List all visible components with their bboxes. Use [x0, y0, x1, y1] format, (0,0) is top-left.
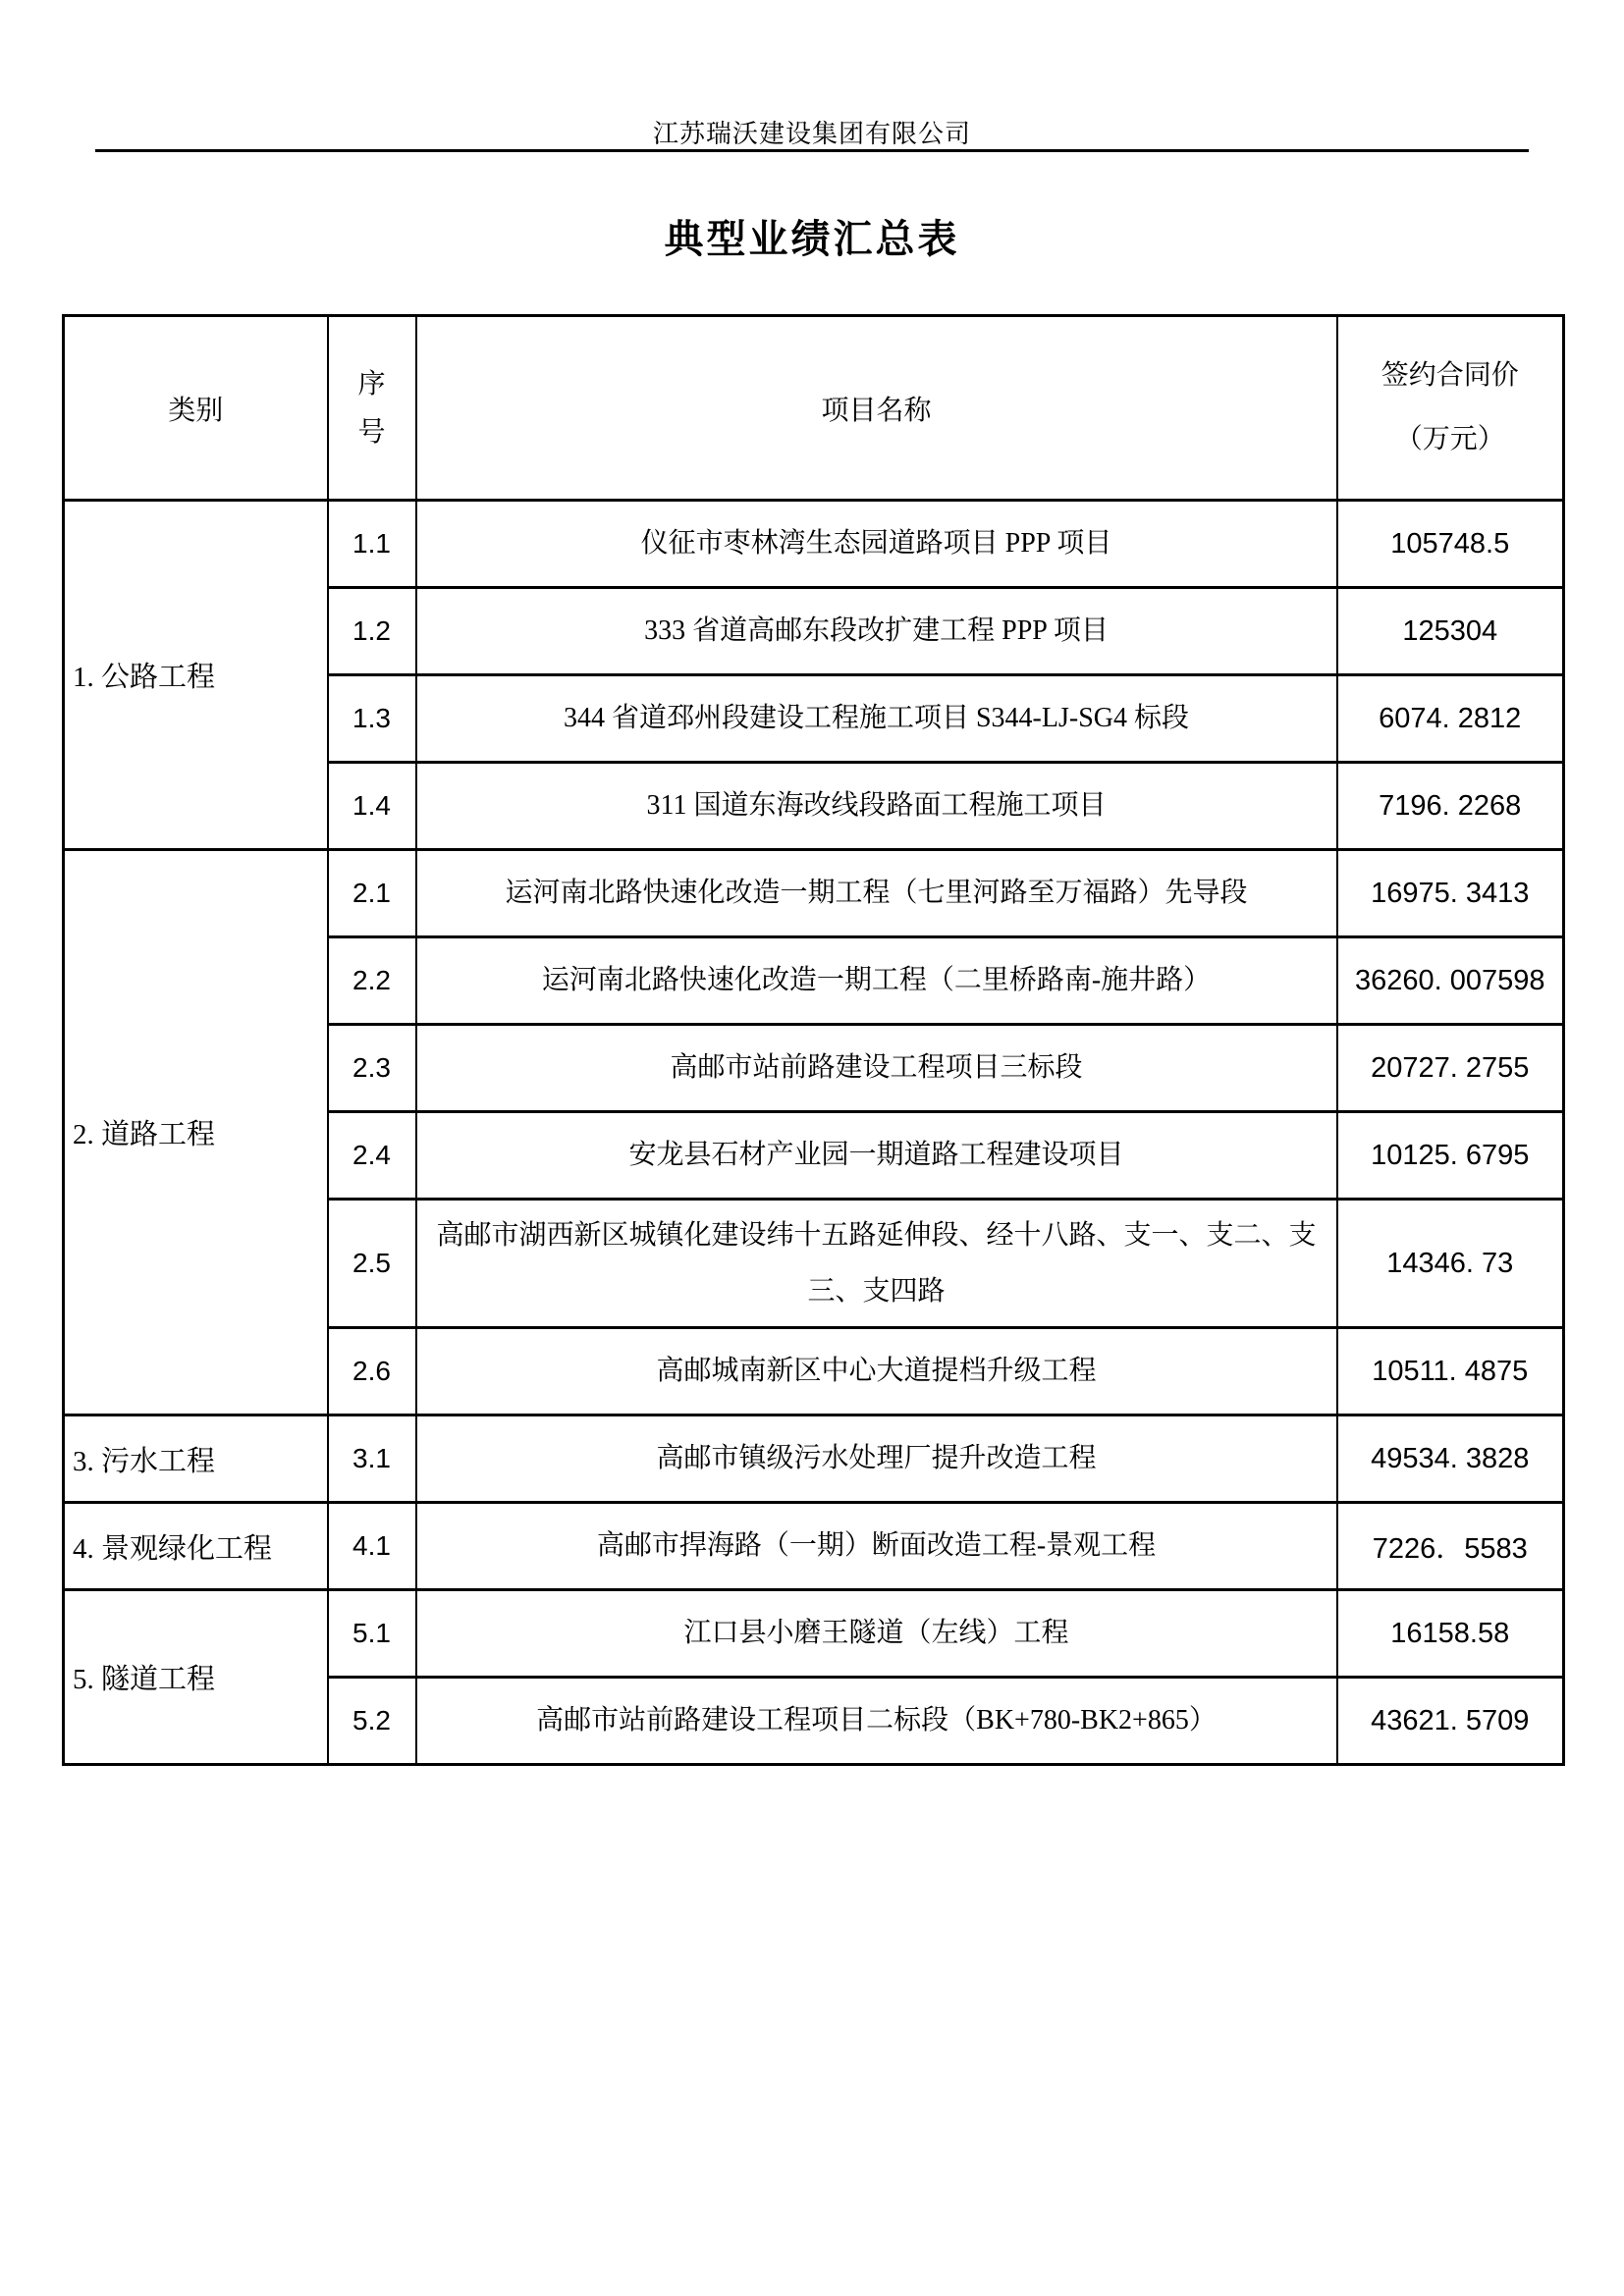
header-serial: 序号 — [328, 316, 416, 501]
project-cell: 仪征市枣林湾生态园道路项目 PPP 项目 — [416, 501, 1337, 588]
performance-table: 类别 序号 项目名称 签约合同价 （万元） 1. 公路工程 1.1 仪征市枣林湾… — [62, 314, 1565, 1766]
header-price-line2: （万元） — [1339, 408, 1562, 471]
table-header-row: 类别 序号 项目名称 签约合同价 （万元） — [64, 316, 1564, 501]
category-cell: 1. 公路工程 — [64, 501, 328, 850]
price-cell: 125304 — [1337, 588, 1564, 675]
header-divider — [95, 149, 1529, 152]
price-cell: 6074. 2812 — [1337, 675, 1564, 763]
serial-cell: 5.2 — [328, 1678, 416, 1765]
serial-cell: 2.6 — [328, 1328, 416, 1415]
table-row: 4. 景观绿化工程 4.1 高邮市捍海路（一期）断面改造工程-景观工程 7226… — [64, 1503, 1564, 1590]
project-cell: 运河南北路快速化改造一期工程（二里桥路南-施井路） — [416, 937, 1337, 1025]
serial-cell: 1.1 — [328, 501, 416, 588]
price-cell: 36260. 007598 — [1337, 937, 1564, 1025]
serial-cell: 3.1 — [328, 1415, 416, 1503]
table-row: 2. 道路工程 2.1 运河南北路快速化改造一期工程（七里河路至万福路）先导段 … — [64, 850, 1564, 937]
price-cell: 10511. 4875 — [1337, 1328, 1564, 1415]
price-cell: 105748.5 — [1337, 501, 1564, 588]
header-project: 项目名称 — [416, 316, 1337, 501]
project-cell: 高邮城南新区中心大道提档升级工程 — [416, 1328, 1337, 1415]
serial-cell: 2.1 — [328, 850, 416, 937]
category-cell: 2. 道路工程 — [64, 850, 328, 1415]
project-cell: 高邮市站前路建设工程项目三标段 — [416, 1025, 1337, 1112]
price-cell: 16158.58 — [1337, 1590, 1564, 1678]
header-category: 类别 — [64, 316, 328, 501]
project-cell: 333 省道高邮东段改扩建工程 PPP 项目 — [416, 588, 1337, 675]
project-cell: 江口县小磨王隧道（左线）工程 — [416, 1590, 1337, 1678]
table-row: 3. 污水工程 3.1 高邮市镇级污水处理厂提升改造工程 49534. 3828 — [64, 1415, 1564, 1503]
project-cell: 高邮市捍海路（一期）断面改造工程-景观工程 — [416, 1503, 1337, 1590]
serial-cell: 2.4 — [328, 1112, 416, 1200]
project-cell: 高邮市站前路建设工程项目二标段（BK+780-BK2+865） — [416, 1678, 1337, 1765]
table-row: 5. 隧道工程 5.1 江口县小磨王隧道（左线）工程 16158.58 — [64, 1590, 1564, 1678]
category-cell: 5. 隧道工程 — [64, 1590, 328, 1765]
serial-cell: 2.5 — [328, 1200, 416, 1328]
page-title: 典型业绩汇总表 — [0, 208, 1624, 264]
project-cell: 311 国道东海改线段路面工程施工项目 — [416, 763, 1337, 850]
price-cell: 14346. 73 — [1337, 1200, 1564, 1328]
price-cell: 49534. 3828 — [1337, 1415, 1564, 1503]
price-cell: 7226．5583 — [1337, 1503, 1564, 1590]
project-cell: 运河南北路快速化改造一期工程（七里河路至万福路）先导段 — [416, 850, 1337, 937]
serial-cell: 1.2 — [328, 588, 416, 675]
serial-cell: 2.2 — [328, 937, 416, 1025]
project-cell: 高邮市湖西新区城镇化建设纬十五路延伸段、经十八路、支一、支二、支三、支四路 — [416, 1200, 1337, 1328]
price-cell: 43621. 5709 — [1337, 1678, 1564, 1765]
serial-cell: 1.4 — [328, 763, 416, 850]
header-price-line1: 签约合同价 — [1339, 345, 1562, 407]
price-cell: 16975. 3413 — [1337, 850, 1564, 937]
category-cell: 3. 污水工程 — [64, 1415, 328, 1503]
project-cell: 安龙县石材产业园一期道路工程建设项目 — [416, 1112, 1337, 1200]
company-header: 江苏瑞沃建设集团有限公司 — [0, 114, 1624, 150]
table-row: 1. 公路工程 1.1 仪征市枣林湾生态园道路项目 PPP 项目 105748.… — [64, 501, 1564, 588]
document-page: 江苏瑞沃建设集团有限公司 典型业绩汇总表 类别 序号 项目名称 签约合同价 （万… — [0, 0, 1624, 2296]
price-cell: 20727. 2755 — [1337, 1025, 1564, 1112]
category-cell: 4. 景观绿化工程 — [64, 1503, 328, 1590]
price-cell: 10125. 6795 — [1337, 1112, 1564, 1200]
price-cell: 7196. 2268 — [1337, 763, 1564, 850]
serial-cell: 5.1 — [328, 1590, 416, 1678]
serial-cell: 1.3 — [328, 675, 416, 763]
project-cell: 344 省道邳州段建设工程施工项目 S344-LJ-SG4 标段 — [416, 675, 1337, 763]
project-cell: 高邮市镇级污水处理厂提升改造工程 — [416, 1415, 1337, 1503]
serial-cell: 4.1 — [328, 1503, 416, 1590]
header-price: 签约合同价 （万元） — [1337, 316, 1564, 501]
serial-cell: 2.3 — [328, 1025, 416, 1112]
